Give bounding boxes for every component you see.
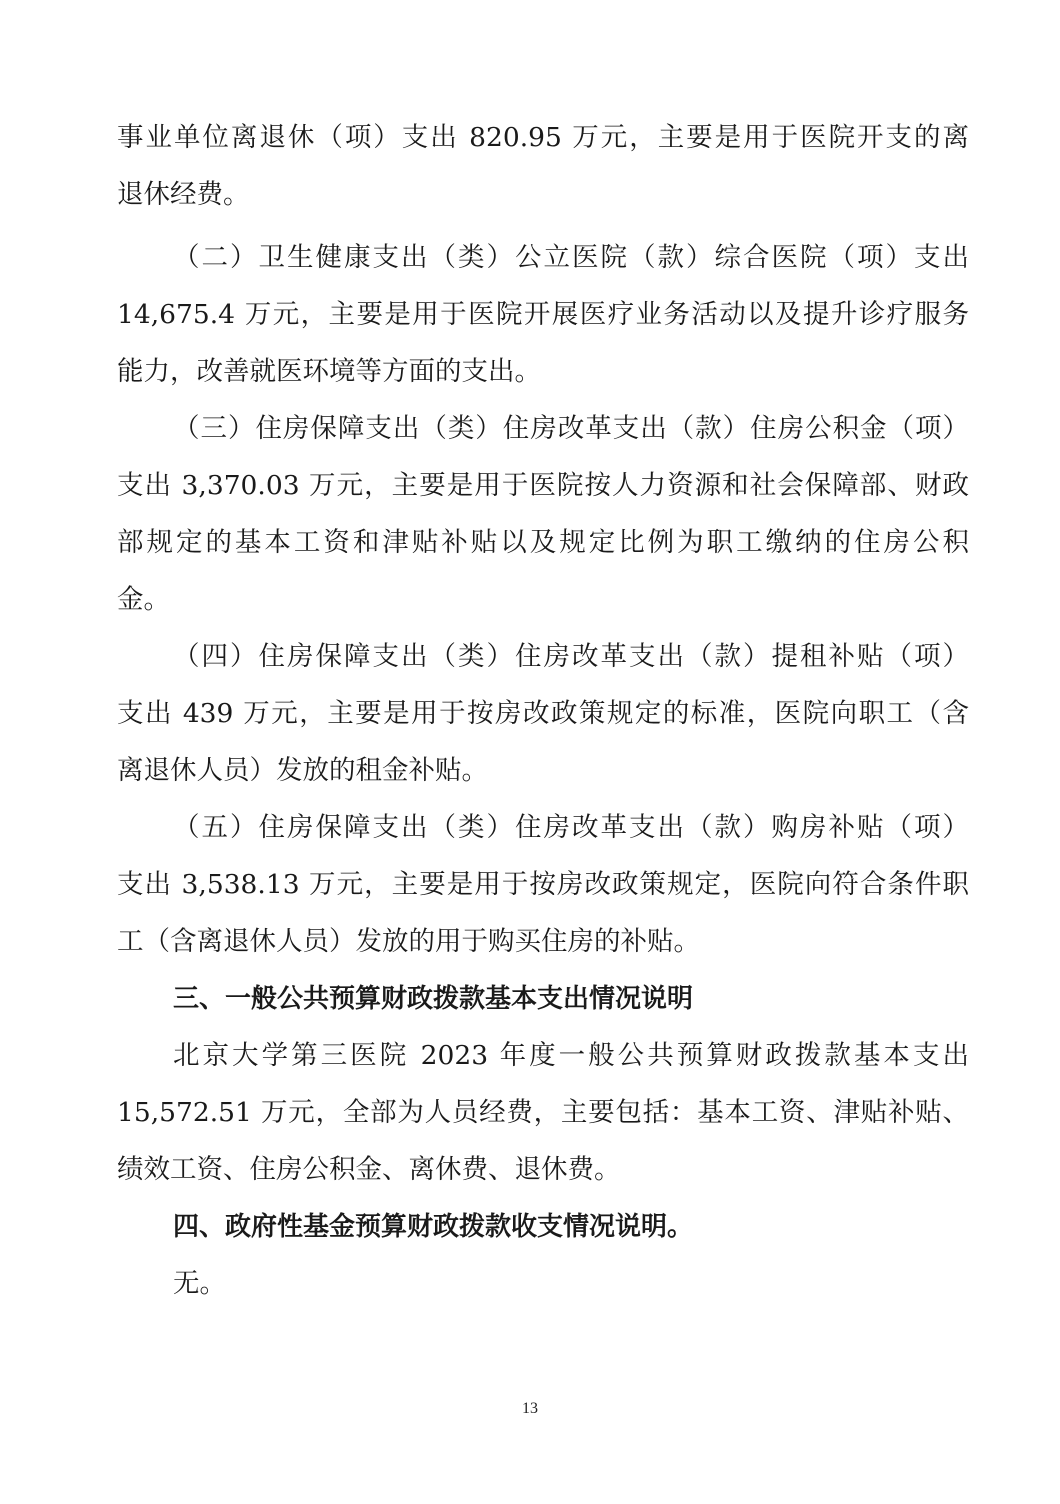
body-line: 离退休人员）发放的租金补贴。 xyxy=(117,751,969,791)
body-line: 绩效工资、住房公积金、离休费、退休费。 xyxy=(117,1150,969,1190)
body-line: 支出 3,538.13 万元，主要是用于按房改政策规定，医院向符合条件职 xyxy=(117,865,969,905)
body-line: 无。 xyxy=(117,1264,969,1304)
body-line: 事业单位离退休（项）支出 820.95 万元，主要是用于医院开支的离 xyxy=(117,118,969,158)
section-3-line: （三）住房保障支出（类）住房改革支出（款）住房公积金（项） xyxy=(117,409,969,449)
heading-basic-expenditure: 三、一般公共预算财政拨款基本支出情况说明 xyxy=(117,979,969,1019)
body-line: 15,572.51 万元，全部为人员经费，主要包括：基本工资、津贴补贴、 xyxy=(117,1093,969,1133)
body-line: 部规定的基本工资和津贴补贴以及规定比例为职工缴纳的住房公积 xyxy=(117,523,969,563)
section-2-line: （二）卫生健康支出（类）公立医院（款）综合医院（项）支出 xyxy=(117,238,969,278)
body-line: 支出 3,370.03 万元，主要是用于医院按人力资源和社会保障部、财政 xyxy=(117,466,969,506)
body-line: 金。 xyxy=(117,580,969,620)
heading-government-fund: 四、政府性基金预算财政拨款收支情况说明。 xyxy=(117,1207,969,1247)
body-line: 退休经费。 xyxy=(117,175,969,215)
body-line: 工（含离退休人员）发放的用于购买住房的补贴。 xyxy=(117,922,969,962)
section-5-line: （五）住房保障支出（类）住房改革支出（款）购房补贴（项） xyxy=(117,808,969,848)
body-line: 14,675.4 万元，主要是用于医院开展医疗业务活动以及提升诊疗服务 xyxy=(117,295,969,335)
body-line: 北京大学第三医院 2023 年度一般公共预算财政拨款基本支出 xyxy=(117,1036,969,1076)
page-number: 13 xyxy=(0,1400,1060,1418)
body-line: 支出 439 万元，主要是用于按房改政策规定的标准，医院向职工（含 xyxy=(117,694,969,734)
section-4-line: （四）住房保障支出（类）住房改革支出（款）提租补贴（项） xyxy=(117,637,969,677)
body-line: 能力，改善就医环境等方面的支出。 xyxy=(117,352,969,392)
